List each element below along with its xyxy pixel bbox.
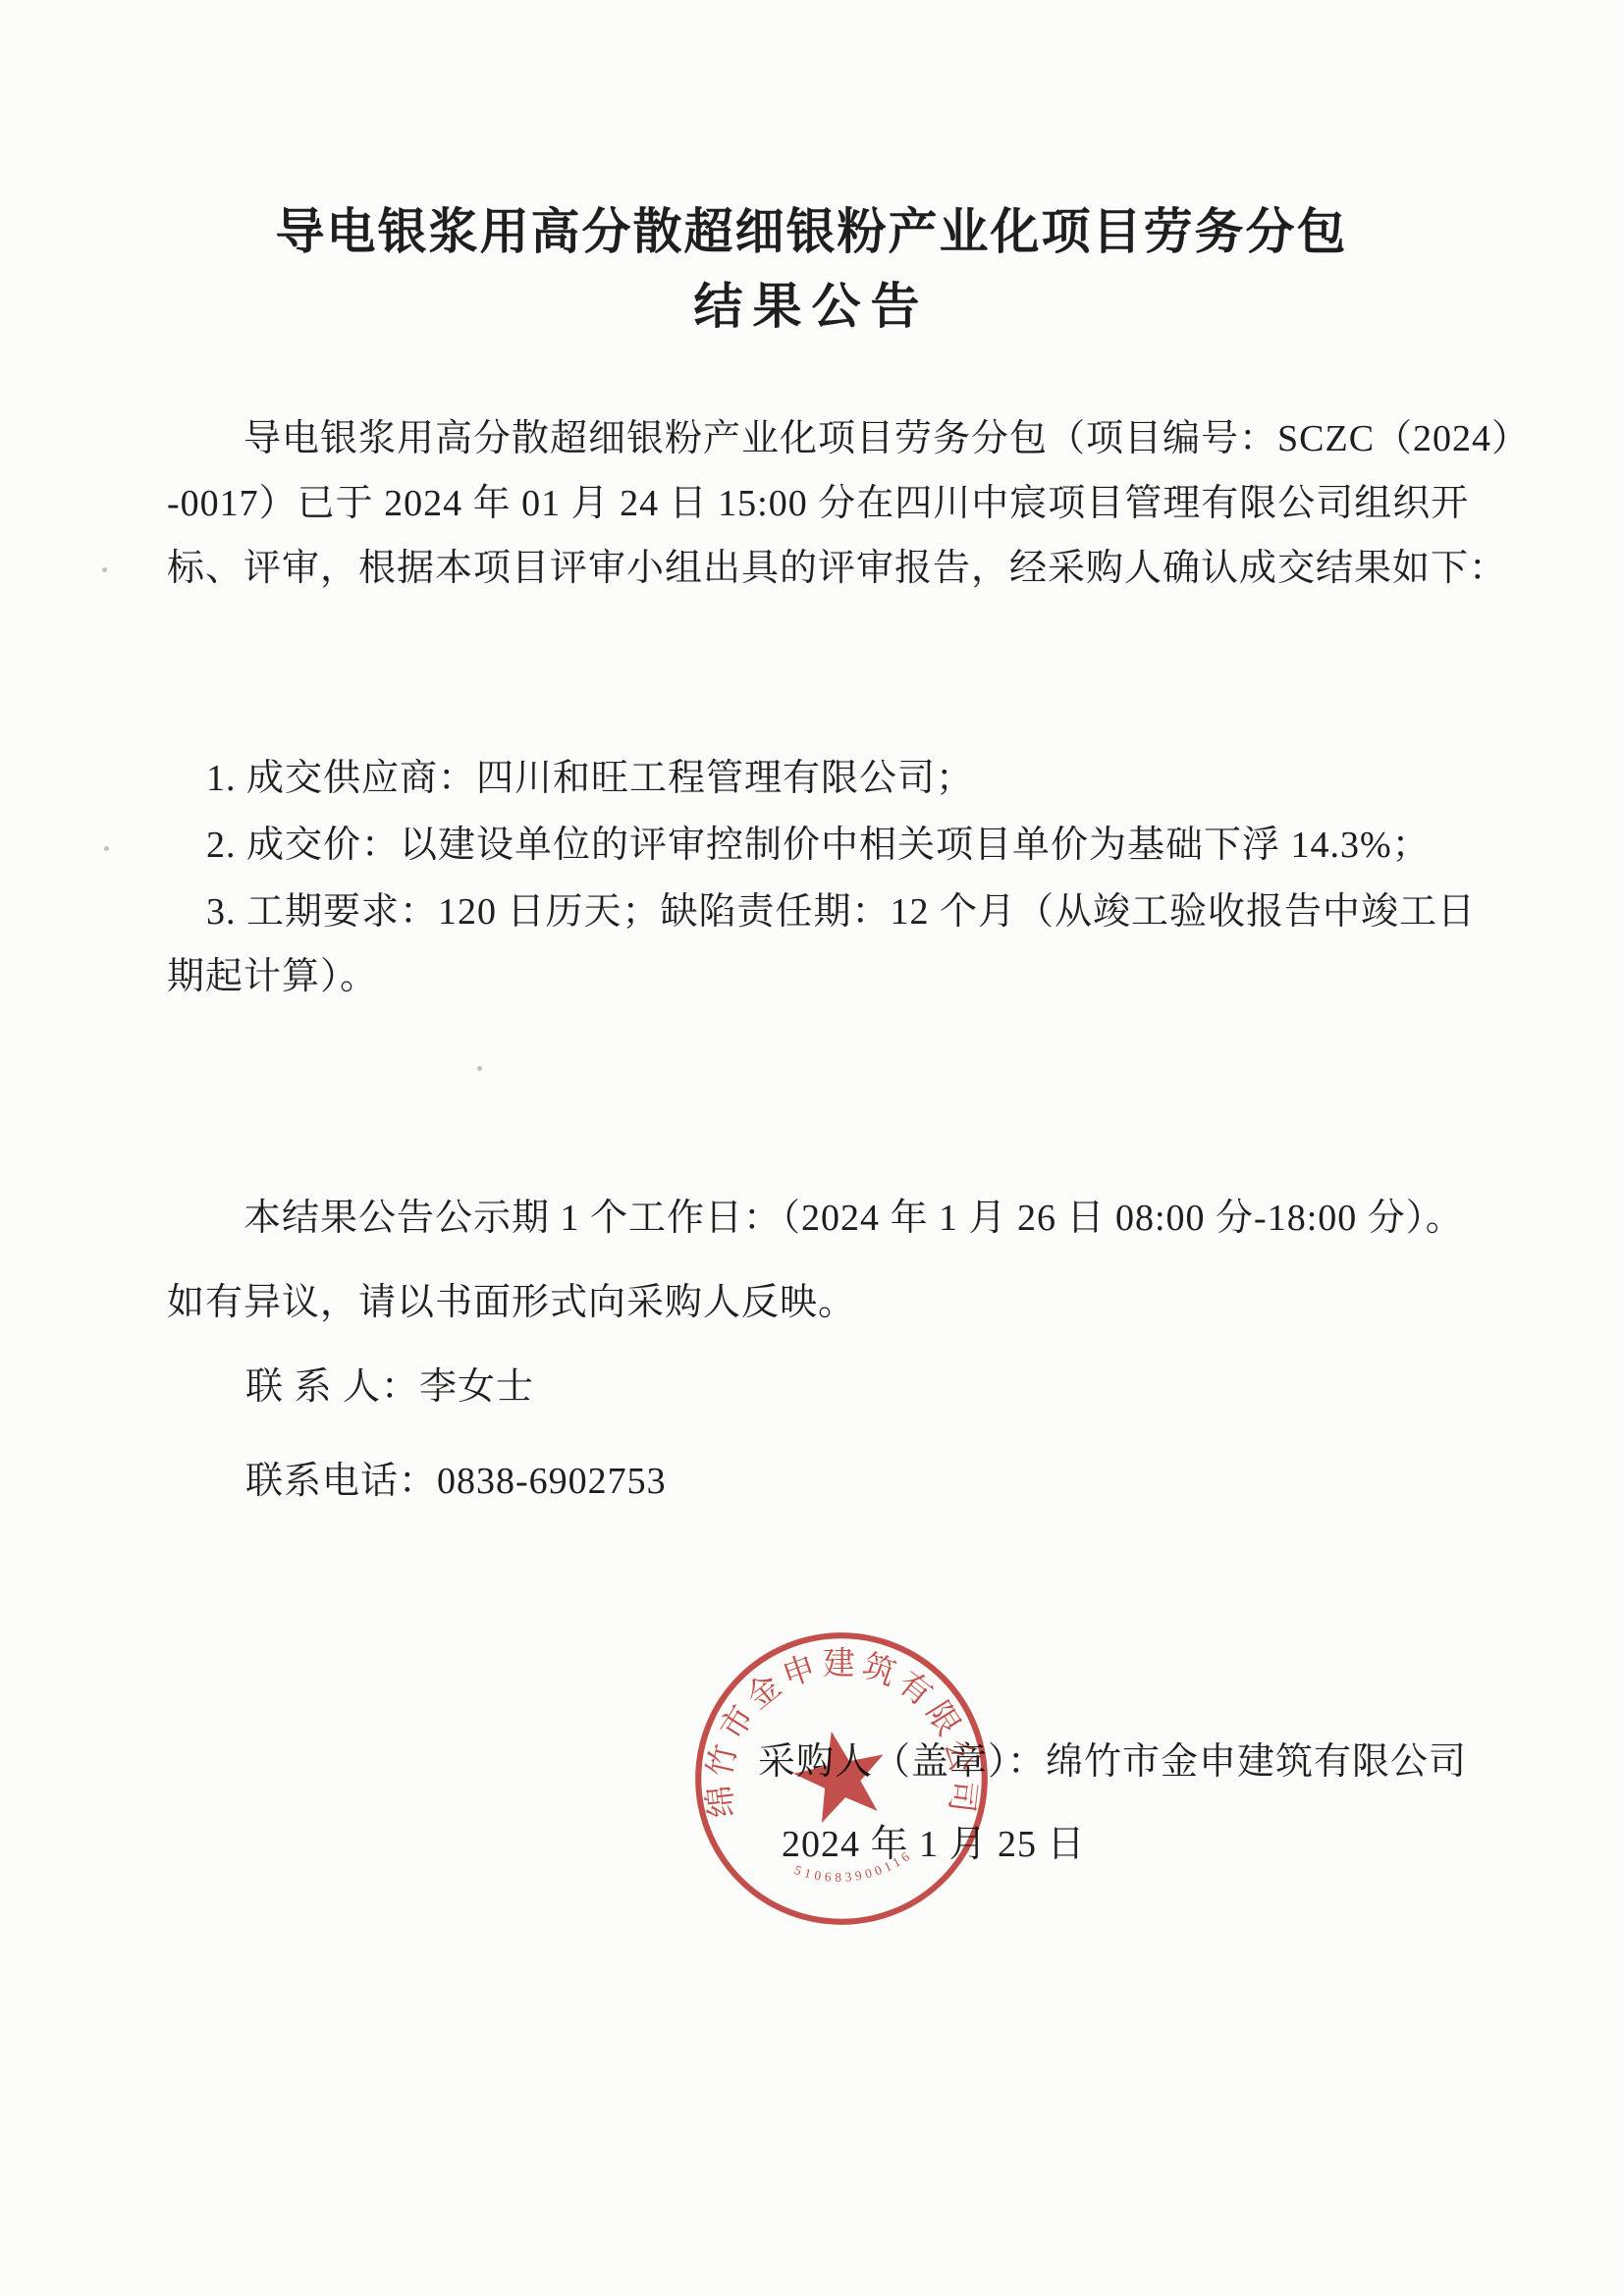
seal-star-icon (786, 1722, 894, 1827)
company-seal-stamp: 绵竹市金申建筑有限公司 510683900116 (690, 1628, 993, 1930)
publicity-line-2: 如有异议，请以书面形式向采购人反映。 (167, 1284, 856, 1321)
intro-line-2: -0017）已于 2024 年 01 月 24 日 15:00 分在四川中宸项目… (167, 485, 1469, 522)
result-item-price: 2. 成交价：以建设单位的评审控制价中相关项目单价为基础下浮 14.3%； (206, 827, 1431, 864)
intro-line-1: 导电银浆用高分散超细银粉产业化项目劳务分包（项目编号：SCZC（2024） (243, 420, 1530, 457)
seal-code-number: 510683900116 (790, 1845, 917, 1892)
contact-person: 联 系 人：李女士 (245, 1368, 534, 1406)
publicity-line-1: 本结果公告公示期 1 个工作日：（2024 年 1 月 26 日 08:00 分… (243, 1200, 1464, 1237)
result-item-duration: 3. 工期要求：120 日历天；缺陷责任期：12 个月（从竣工验收报告中竣工日 (206, 893, 1476, 931)
intro-line-3: 标、评审，根据本项目评审小组出具的评审报告，经采购人确认成交结果如下： (167, 550, 1507, 587)
scan-speck (477, 1066, 482, 1071)
result-item-supplier: 1. 成交供应商：四川和旺工程管理有限公司； (206, 760, 974, 797)
document-title-line2: 结果公告 (0, 267, 1623, 338)
svg-text:510683900116: 510683900116 (790, 1845, 917, 1892)
contact-phone: 联系电话：0838-6902753 (245, 1463, 667, 1500)
scan-speck (102, 567, 107, 572)
result-item-duration-cont: 期起计算）。 (167, 958, 378, 995)
document-title-line1: 导电银浆用高分散超细银粉产业化项目劳务分包 (0, 192, 1623, 263)
scan-speck (104, 846, 109, 851)
document-page: 导电银浆用高分散超细银粉产业化项目劳务分包 结果公告 导电银浆用高分散超细银粉产… (0, 0, 1623, 2296)
